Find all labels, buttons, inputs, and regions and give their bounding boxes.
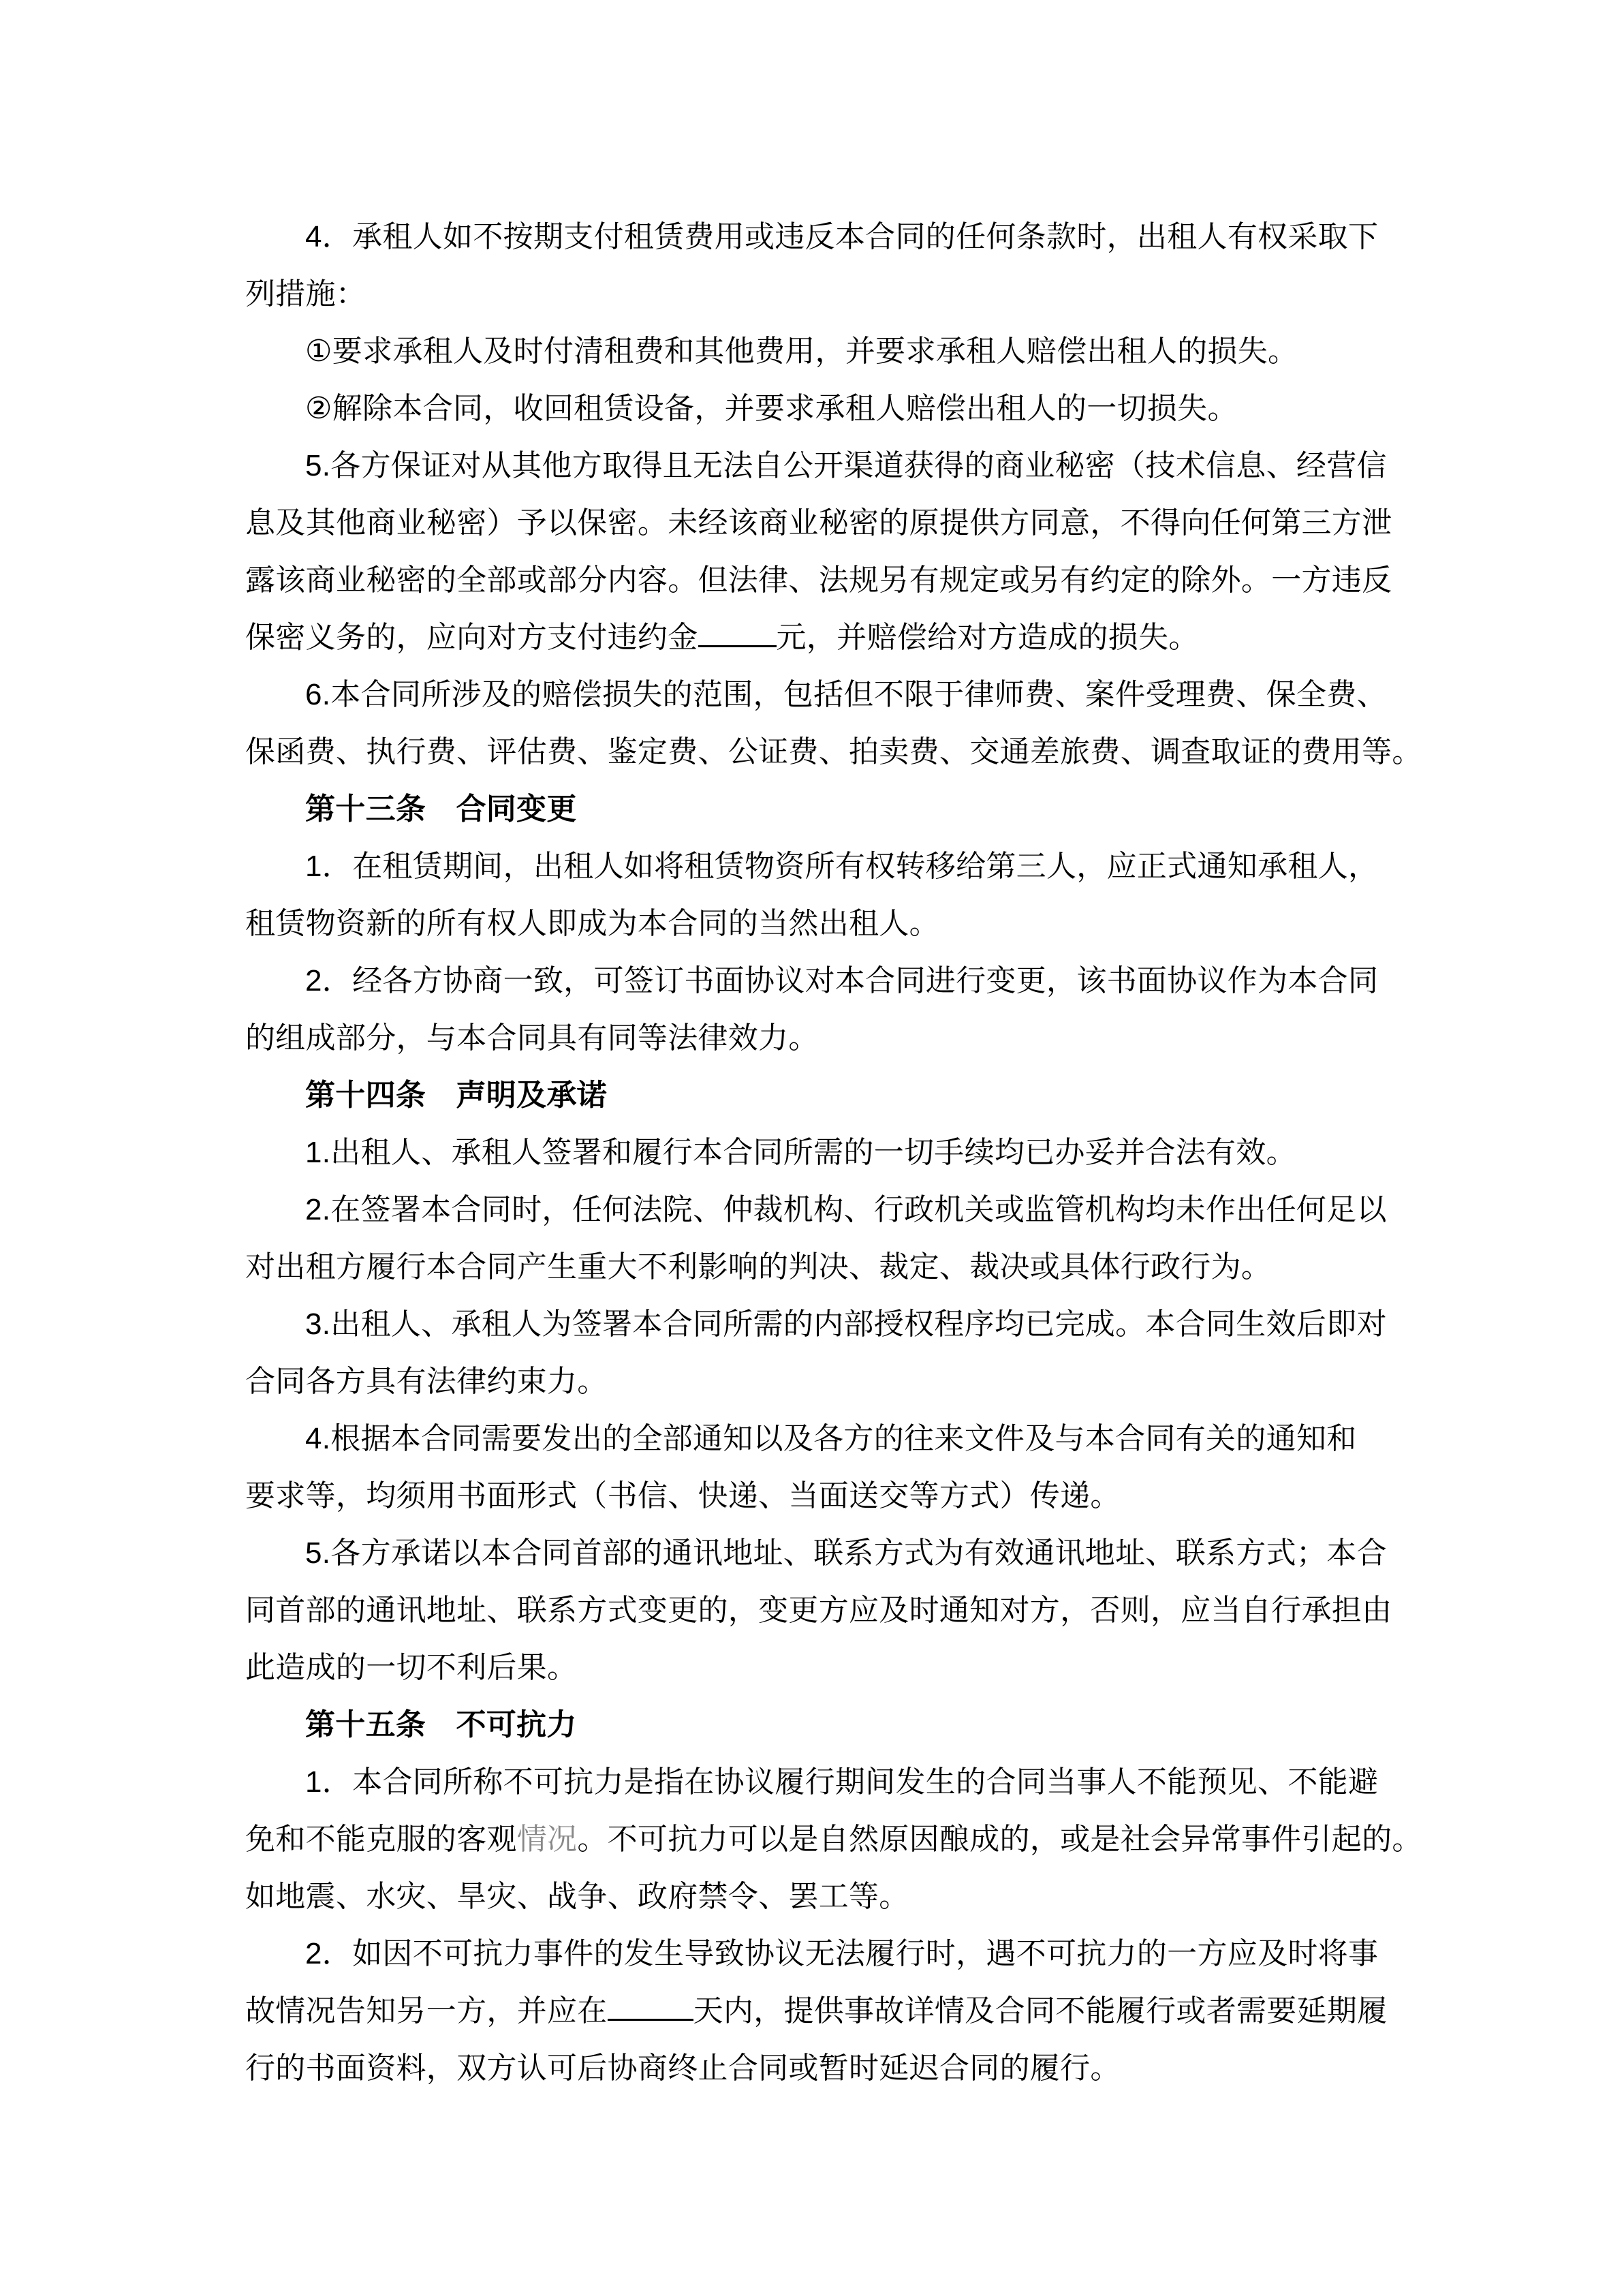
text-segment: 露该商业秘密的全部或部分内容。但法律、法规另有规定或另有约定的除外。一方违反: [245, 563, 1392, 597]
text-segment: 天内，提供事故详情及合同不能履行或者需要延期履: [693, 1994, 1388, 2028]
article-14-item-4-line-2: 要求等，均须用书面形式（书信、快递、当面送交等方式）传递。: [245, 1468, 1396, 1525]
text-segment: 行的书面资料，双方认可后协商终止合同或暂时延迟合同的履行。: [245, 2051, 1121, 2085]
article-14-heading: 第十四条 声明及承诺: [245, 1067, 1396, 1124]
text-segment: 保密义务的，应向对方支付违约金: [245, 621, 698, 654]
text-segment: 第十五条 不可抗力: [305, 1708, 577, 1741]
article-14-item-4-line-1: 4.根据本合同需要发出的全部通知以及各方的往来文件及与本合同有关的通知和: [245, 1410, 1396, 1468]
text-segment: 保函费、执行费、评估费、鉴定费、公证费、拍卖费、交通差旅费、调查取证的费用等。: [245, 735, 1422, 769]
text-segment: 2．如因不可抗力事件的发生导致协议无法履行时，遇不可抗力的一方应及时将事: [305, 1937, 1378, 1970]
text-segment: 6.本合同所涉及的赔偿损失的范围，包括但不限于律师费、案件受理费、保全费、: [305, 678, 1387, 711]
text-segment: 合同各方具有法律约束力。: [245, 1365, 608, 1398]
text-segment: 4.根据本合同需要发出的全部通知以及各方的往来文件及与本合同有关的通知和: [305, 1422, 1357, 1455]
contract-text: 4．承租人如不按期支付租赁费用或违反本合同的任何条款时，出租人有权采取下列措施：…: [245, 208, 1396, 2097]
text-segment: 此造成的一切不利后果。: [245, 1651, 577, 1684]
clause-5-line-3: 露该商业秘密的全部或部分内容。但法律、法规另有规定或另有约定的除外。一方违反: [245, 552, 1396, 609]
clause-5-line-1: 5.各方保证对从其他方取得且无法自公开渠道获得的商业秘密（技术信息、经营信: [245, 437, 1396, 495]
fill-in-blank: [608, 1994, 693, 2021]
article-14-item-3-line-2: 合同各方具有法律约束力。: [245, 1353, 1396, 1410]
article-14-item-1: 1.出租人、承租人签署和履行本合同所需的一切手续均已办妥并合法有效。: [245, 1124, 1396, 1181]
text-segment: ②解除本合同，收回租赁设备，并要求承租人赔偿出租人的一切损失。: [305, 392, 1238, 425]
clause-4-line-1: 4．承租人如不按期支付租赁费用或违反本合同的任何条款时，出租人有权采取下: [245, 208, 1396, 266]
text-segment: 。不可抗力可以是自然原因酿成的，或是社会异常事件引起的。: [577, 1823, 1422, 1856]
article-15-item-2-line-3: 行的书面资料，双方认可后协商终止合同或暂时延迟合同的履行。: [245, 2040, 1396, 2097]
text-segment: 列措施：: [245, 277, 366, 311]
article-15-item-2-line-1: 2．如因不可抗力事件的发生导致协议无法履行时，遇不可抗力的一方应及时将事: [245, 1925, 1396, 1983]
clause-5-line-4: 保密义务的，应向对方支付违约金元，并赔偿给对方造成的损失。: [245, 609, 1396, 666]
article-15-item-2-line-2: 故情况告知另一方，并应在天内，提供事故详情及合同不能履行或者需要延期履: [245, 1983, 1396, 2040]
gray-text: 情况: [517, 1823, 578, 1856]
text-segment: 故情况告知另一方，并应在: [245, 1994, 608, 2028]
fill-in-blank: [698, 621, 777, 647]
text-segment: 同首部的通讯地址、联系方式变更的，变更方应及时通知对方，否则，应当自行承担由: [245, 1594, 1392, 1627]
article-15-heading: 第十五条 不可抗力: [245, 1696, 1396, 1754]
clause-4-item-2: ②解除本合同，收回租赁设备，并要求承租人赔偿出租人的一切损失。: [245, 380, 1396, 437]
article-13-item-1-line-2: 租赁物资新的所有权人即成为本合同的当然出租人。: [245, 895, 1396, 952]
text-segment: ①要求承租人及时付清租费和其他费用，并要求承租人赔偿出租人的损失。: [305, 335, 1298, 368]
contract-page: { "page": { "background": "#ffffff", "te…: [0, 0, 1624, 2294]
text-segment: 要求等，均须用书面形式（书信、快递、当面送交等方式）传递。: [245, 1479, 1121, 1513]
article-15-item-1-line-1: 1．本合同所称不可抗力是指在协议履行期间发生的合同当事人不能预见、不能避: [245, 1754, 1396, 1811]
clause-6-line-2: 保函费、执行费、评估费、鉴定费、公证费、拍卖费、交通差旅费、调查取证的费用等。: [245, 724, 1396, 781]
clause-4-item-1: ①要求承租人及时付清租费和其他费用，并要求承租人赔偿出租人的损失。: [245, 323, 1396, 380]
text-segment: 免和不能克服的客观: [245, 1823, 517, 1856]
article-14-item-2-line-2: 对出租方履行本合同产生重大不利影响的判决、裁定、裁决或具体行政行为。: [245, 1239, 1396, 1296]
text-segment: 1.出租人、承租人签署和履行本合同所需的一切手续均已办妥并合法有效。: [305, 1136, 1296, 1169]
clause-5-line-2: 息及其他商业秘密）予以保密。未经该商业秘密的原提供方同意，不得向任何第三方泄: [245, 495, 1396, 552]
text-segment: 2.在签署本合同时，任何法院、仲裁机构、行政机关或监管机构均未作出任何足以: [305, 1193, 1387, 1226]
article-14-item-5-line-1: 5.各方承诺以本合同首部的通讯地址、联系方式为有效通讯地址、联系方式；本合: [245, 1525, 1396, 1582]
article-14-item-5-line-2: 同首部的通讯地址、联系方式变更的，变更方应及时通知对方，否则，应当自行承担由: [245, 1582, 1396, 1639]
text-segment: 3.出租人、承租人为签署本合同所需的内部授权程序均已完成。本合同生效后即对: [305, 1307, 1387, 1341]
text-segment: 4．承租人如不按期支付租赁费用或违反本合同的任何条款时，出租人有权采取下: [305, 220, 1378, 253]
article-13-heading: 第十三条 合同变更: [245, 781, 1396, 838]
text-segment: 第十四条 声明及承诺: [305, 1079, 607, 1112]
article-14-item-3-line-1: 3.出租人、承租人为签署本合同所需的内部授权程序均已完成。本合同生效后即对: [245, 1296, 1396, 1353]
text-segment: 5.各方承诺以本合同首部的通讯地址、联系方式为有效通讯地址、联系方式；本合: [305, 1536, 1387, 1570]
text-segment: 的组成部分，与本合同具有同等法律效力。: [245, 1021, 819, 1055]
text-segment: 1．本合同所称不可抗力是指在协议履行期间发生的合同当事人不能预见、不能避: [305, 1765, 1378, 1799]
article-15-item-1-line-2: 免和不能克服的客观情况。不可抗力可以是自然原因酿成的，或是社会异常事件引起的。: [245, 1811, 1396, 1868]
text-segment: 第十三条 合同变更: [305, 792, 577, 826]
text-segment: 租赁物资新的所有权人即成为本合同的当然出租人。: [245, 907, 939, 940]
article-14-item-2-line-1: 2.在签署本合同时，任何法院、仲裁机构、行政机关或监管机构均未作出任何足以: [245, 1181, 1396, 1239]
text-segment: 对出租方履行本合同产生重大不利影响的判决、裁定、裁决或具体行政行为。: [245, 1250, 1271, 1284]
article-15-item-1-line-3: 如地震、水灾、旱灾、战争、政府禁令、罢工等。: [245, 1868, 1396, 1925]
article-13-item-2-line-2: 的组成部分，与本合同具有同等法律效力。: [245, 1010, 1396, 1067]
article-13-item-1-line-1: 1．在租赁期间，出租人如将租赁物资所有权转移给第三人，应正式通知承租人，: [245, 838, 1396, 895]
text-segment: 5.各方保证对从其他方取得且无法自公开渠道获得的商业秘密（技术信息、经营信: [305, 449, 1387, 482]
text-segment: 如地震、水灾、旱灾、战争、政府禁令、罢工等。: [245, 1880, 909, 1913]
clause-6-line-1: 6.本合同所涉及的赔偿损失的范围，包括但不限于律师费、案件受理费、保全费、: [245, 666, 1396, 724]
article-14-item-5-line-3: 此造成的一切不利后果。: [245, 1639, 1396, 1696]
clause-4-line-2: 列措施：: [245, 266, 1396, 323]
text-segment: 1．在租赁期间，出租人如将租赁物资所有权转移给第三人，应正式通知承租人，: [305, 850, 1378, 883]
text-segment: 2．经各方协商一致，可签订书面协议对本合同进行变更，该书面协议作为本合同: [305, 964, 1378, 997]
article-13-item-2-line-1: 2．经各方协商一致，可签订书面协议对本合同进行变更，该书面协议作为本合同: [245, 952, 1396, 1010]
text-segment: 元，并赔偿给对方造成的损失。: [777, 621, 1199, 654]
text-segment: 息及其他商业秘密）予以保密。未经该商业秘密的原提供方同意，不得向任何第三方泄: [245, 506, 1392, 540]
